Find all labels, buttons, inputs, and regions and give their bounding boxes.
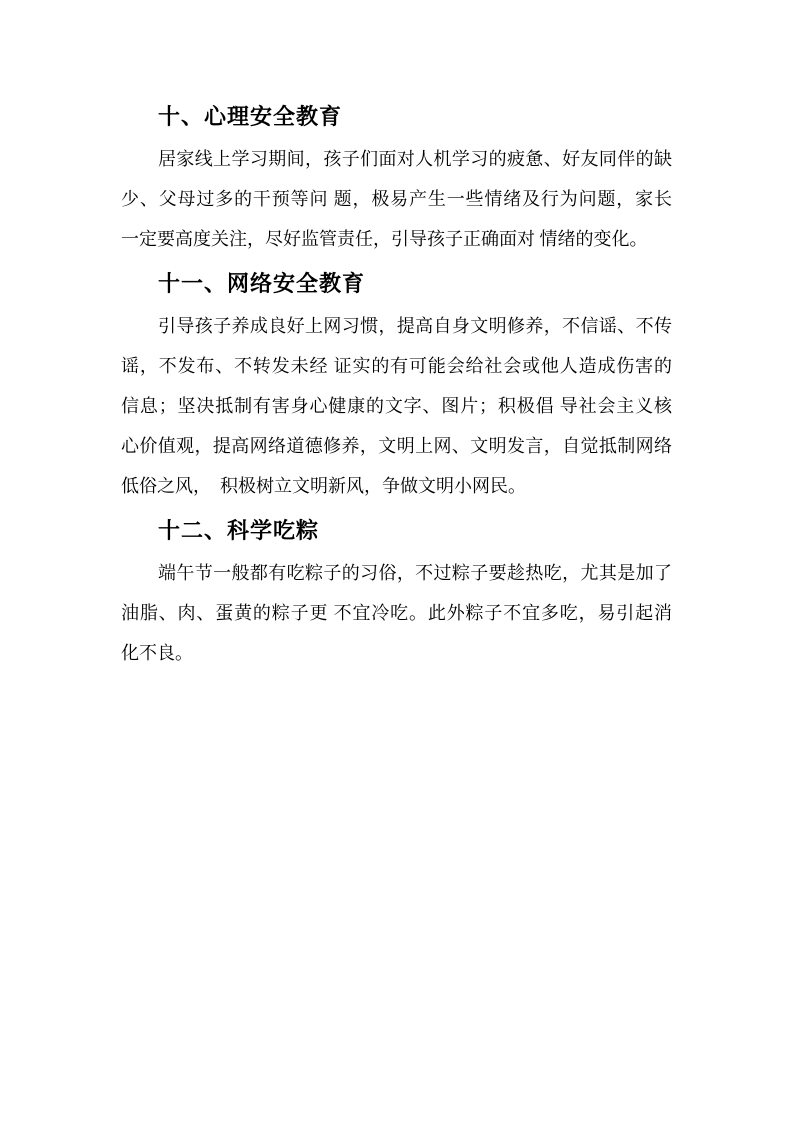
paragraph-line: 少、父母过多的干预等问 题，极易产生一些情绪及行为问题，家长 bbox=[121, 179, 672, 219]
document-page: 十、心理安全教育 居家线上学习期间，孩子们面对人机学习的疲惫、好友同伴的缺 少、… bbox=[0, 0, 793, 1122]
paragraph-line: 油脂、肉、蛋黄的粽子更 不宜冷吃。此外粽子不宜多吃，易引起消 bbox=[121, 593, 672, 633]
section-heading: 十一、网络安全教育 bbox=[121, 264, 672, 304]
paragraph-line: 端午节一般都有吃粽子的习俗，不过粽子要趁热吃，尤其是加了 bbox=[121, 553, 672, 593]
paragraph: 居家线上学习期间，孩子们面对人机学习的疲惫、好友同伴的缺 少、父母过多的干预等问… bbox=[121, 139, 672, 259]
paragraph-line: 心价值观，提高网络道德修养，文明上网、文明发言，自觉抵制网络 bbox=[121, 426, 672, 466]
paragraph-line: 信息；坚决抵制有害身心健康的文字、图片；积极倡 导社会主义核 bbox=[121, 386, 672, 426]
paragraph: 引导孩子养成良好上网习惯，提高自身文明修养，不信谣、不传 谣，不发布、不转发未经… bbox=[121, 306, 672, 506]
paragraph-line: 引导孩子养成良好上网习惯，提高自身文明修养，不信谣、不传 bbox=[121, 306, 672, 346]
paragraph-line: 化不良。 bbox=[121, 633, 672, 673]
section-heading: 十二、科学吃粽 bbox=[121, 511, 672, 551]
section-heading: 十、心理安全教育 bbox=[121, 97, 672, 137]
paragraph-line: 居家线上学习期间，孩子们面对人机学习的疲惫、好友同伴的缺 bbox=[121, 139, 672, 179]
section-network-safety: 十一、网络安全教育 引导孩子养成良好上网习惯，提高自身文明修养，不信谣、不传 谣… bbox=[121, 264, 672, 506]
paragraph-line: 一定要高度关注，尽好监管责任，引导孩子正确面对 情绪的变化。 bbox=[121, 219, 672, 259]
section-eating-zongzi: 十二、科学吃粽 端午节一般都有吃粽子的习俗，不过粽子要趁热吃，尤其是加了 油脂、… bbox=[121, 511, 672, 673]
paragraph-line: 低俗之风， 积极树立文明新风，争做文明小网民。 bbox=[121, 466, 672, 506]
paragraph-line: 谣，不发布、不转发未经 证实的有可能会给社会或他人造成伤害的 bbox=[121, 346, 672, 386]
section-psychological-safety: 十、心理安全教育 居家线上学习期间，孩子们面对人机学习的疲惫、好友同伴的缺 少、… bbox=[121, 97, 672, 259]
paragraph: 端午节一般都有吃粽子的习俗，不过粽子要趁热吃，尤其是加了 油脂、肉、蛋黄的粽子更… bbox=[121, 553, 672, 673]
